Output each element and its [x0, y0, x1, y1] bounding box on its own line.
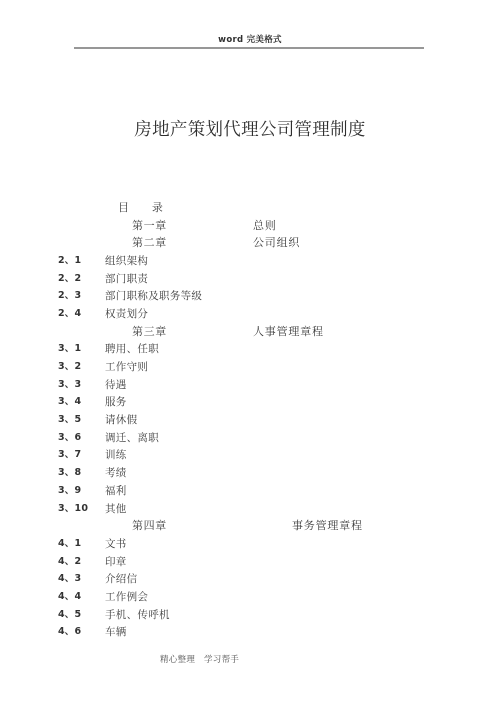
toc-item-text: 印章 — [105, 556, 127, 568]
toc-item-text: 组织架构 — [105, 255, 148, 267]
toc-item-num: 2、2 — [58, 273, 81, 285]
toc-item-text: 介绍信 — [105, 573, 137, 585]
toc-item-row: 4、4工作例会 — [0, 588, 500, 606]
toc-item-row: 4、1文书 — [0, 535, 500, 553]
toc-item-num: 3、6 — [58, 432, 81, 444]
toc-item-row: 3、10其他 — [0, 500, 500, 518]
toc-chapter-label: 总则 — [253, 220, 277, 232]
toc-item-num: 4、3 — [58, 573, 81, 585]
toc-item-text: 待遇 — [105, 379, 127, 391]
toc-chapter-num: 第三章 — [132, 326, 167, 338]
toc-item-num: 2、1 — [58, 255, 81, 267]
toc-item-num: 4、4 — [58, 591, 81, 603]
toc-item-num: 3、3 — [58, 379, 81, 391]
toc-item-num: 4、5 — [58, 609, 81, 621]
toc-item-row: 4、3介绍信 — [0, 570, 500, 588]
toc-item-text: 车辆 — [105, 626, 127, 638]
toc-chapter-num: 第二章 — [132, 237, 167, 249]
toc-item-text: 部门职称及职务等级 — [105, 290, 202, 302]
document-page: word 完美格式 房地产策划代理公司管理制度 目 录第一章总则第二章公司组织2… — [0, 0, 500, 708]
toc-item-row: 3、8考绩 — [0, 464, 500, 482]
page-header-text: word 完美格式 — [0, 33, 500, 45]
toc-item-text: 权责划分 — [105, 308, 148, 320]
toc-chapter-label: 事务管理章程 — [292, 520, 363, 532]
toc-chapter-num: 第四章 — [132, 520, 167, 532]
toc-item-num: 2、3 — [58, 290, 81, 302]
toc-item-row: 4、5手机、传呼机 — [0, 606, 500, 624]
toc-chapter-row: 第四章事务管理章程 — [0, 517, 500, 535]
toc-chapter-label: 人事管理章程 — [253, 326, 324, 338]
toc-item-text: 其他 — [105, 503, 127, 515]
toc-chapter-row: 第一章总则 — [0, 217, 500, 235]
toc-item-row: 3、6调迁、离职 — [0, 429, 500, 447]
toc-item-text: 福利 — [105, 485, 127, 497]
page-footer-text: 精心整理 学习帮手 — [160, 653, 239, 665]
toc-item-row: 3、1聘用、任职 — [0, 341, 500, 359]
toc-chapter-row: 第二章公司组织 — [0, 234, 500, 252]
toc-chapter-num: 第一章 — [132, 220, 167, 232]
toc-item-row: 3、3待遇 — [0, 376, 500, 394]
toc-chapter-row: 第三章人事管理章程 — [0, 323, 500, 341]
toc-item-row: 4、6车辆 — [0, 624, 500, 642]
toc-item-row: 2、4权责划分 — [0, 305, 500, 323]
toc-item-num: 4、2 — [58, 556, 81, 568]
toc-item-num: 3、1 — [58, 343, 81, 355]
toc-item-text: 聘用、任职 — [105, 343, 159, 355]
toc-item-row: 3、9福利 — [0, 482, 500, 500]
header-divider-line — [74, 47, 424, 49]
toc-item-row: 2、2部门职责 — [0, 270, 500, 288]
toc-item-row: 4、2印章 — [0, 553, 500, 571]
toc-item-text: 服务 — [105, 396, 127, 408]
toc-heading-row: 目 录 — [0, 199, 500, 217]
toc-item-num: 3、10 — [58, 503, 88, 515]
table-of-contents: 目 录第一章总则第二章公司组织2、1组织架构2、2部门职责2、3部门职称及职务等… — [0, 199, 500, 641]
toc-item-num: 3、5 — [58, 414, 81, 426]
toc-item-row: 3、4服务 — [0, 394, 500, 412]
toc-heading-text: 目 录 — [118, 202, 163, 214]
toc-item-num: 3、4 — [58, 396, 81, 408]
toc-item-num: 3、9 — [58, 485, 81, 497]
toc-item-num: 3、2 — [58, 361, 81, 373]
toc-item-text: 工作守则 — [105, 361, 148, 373]
toc-item-text: 文书 — [105, 538, 127, 550]
toc-item-num: 4、1 — [58, 538, 81, 550]
toc-item-text: 考绩 — [105, 467, 127, 479]
toc-item-text: 请休假 — [105, 414, 137, 426]
document-title: 房地产策划代理公司管理制度 — [0, 117, 500, 143]
toc-item-num: 2、4 — [58, 308, 81, 320]
toc-item-text: 工作例会 — [105, 591, 148, 603]
toc-item-text: 调迁、离职 — [105, 432, 159, 444]
toc-item-row: 2、1组织架构 — [0, 252, 500, 270]
toc-item-row: 3、5请休假 — [0, 411, 500, 429]
toc-item-row: 3、2工作守则 — [0, 358, 500, 376]
toc-item-row: 3、7训练 — [0, 447, 500, 465]
toc-item-row: 2、3部门职称及职务等级 — [0, 287, 500, 305]
toc-item-text: 手机、传呼机 — [105, 609, 170, 621]
toc-item-text: 训练 — [105, 449, 127, 461]
toc-chapter-label: 公司组织 — [253, 237, 300, 249]
toc-item-num: 3、8 — [58, 467, 81, 479]
toc-item-num: 3、7 — [58, 449, 81, 461]
toc-item-text: 部门职责 — [105, 273, 148, 285]
toc-item-num: 4、6 — [58, 626, 81, 638]
